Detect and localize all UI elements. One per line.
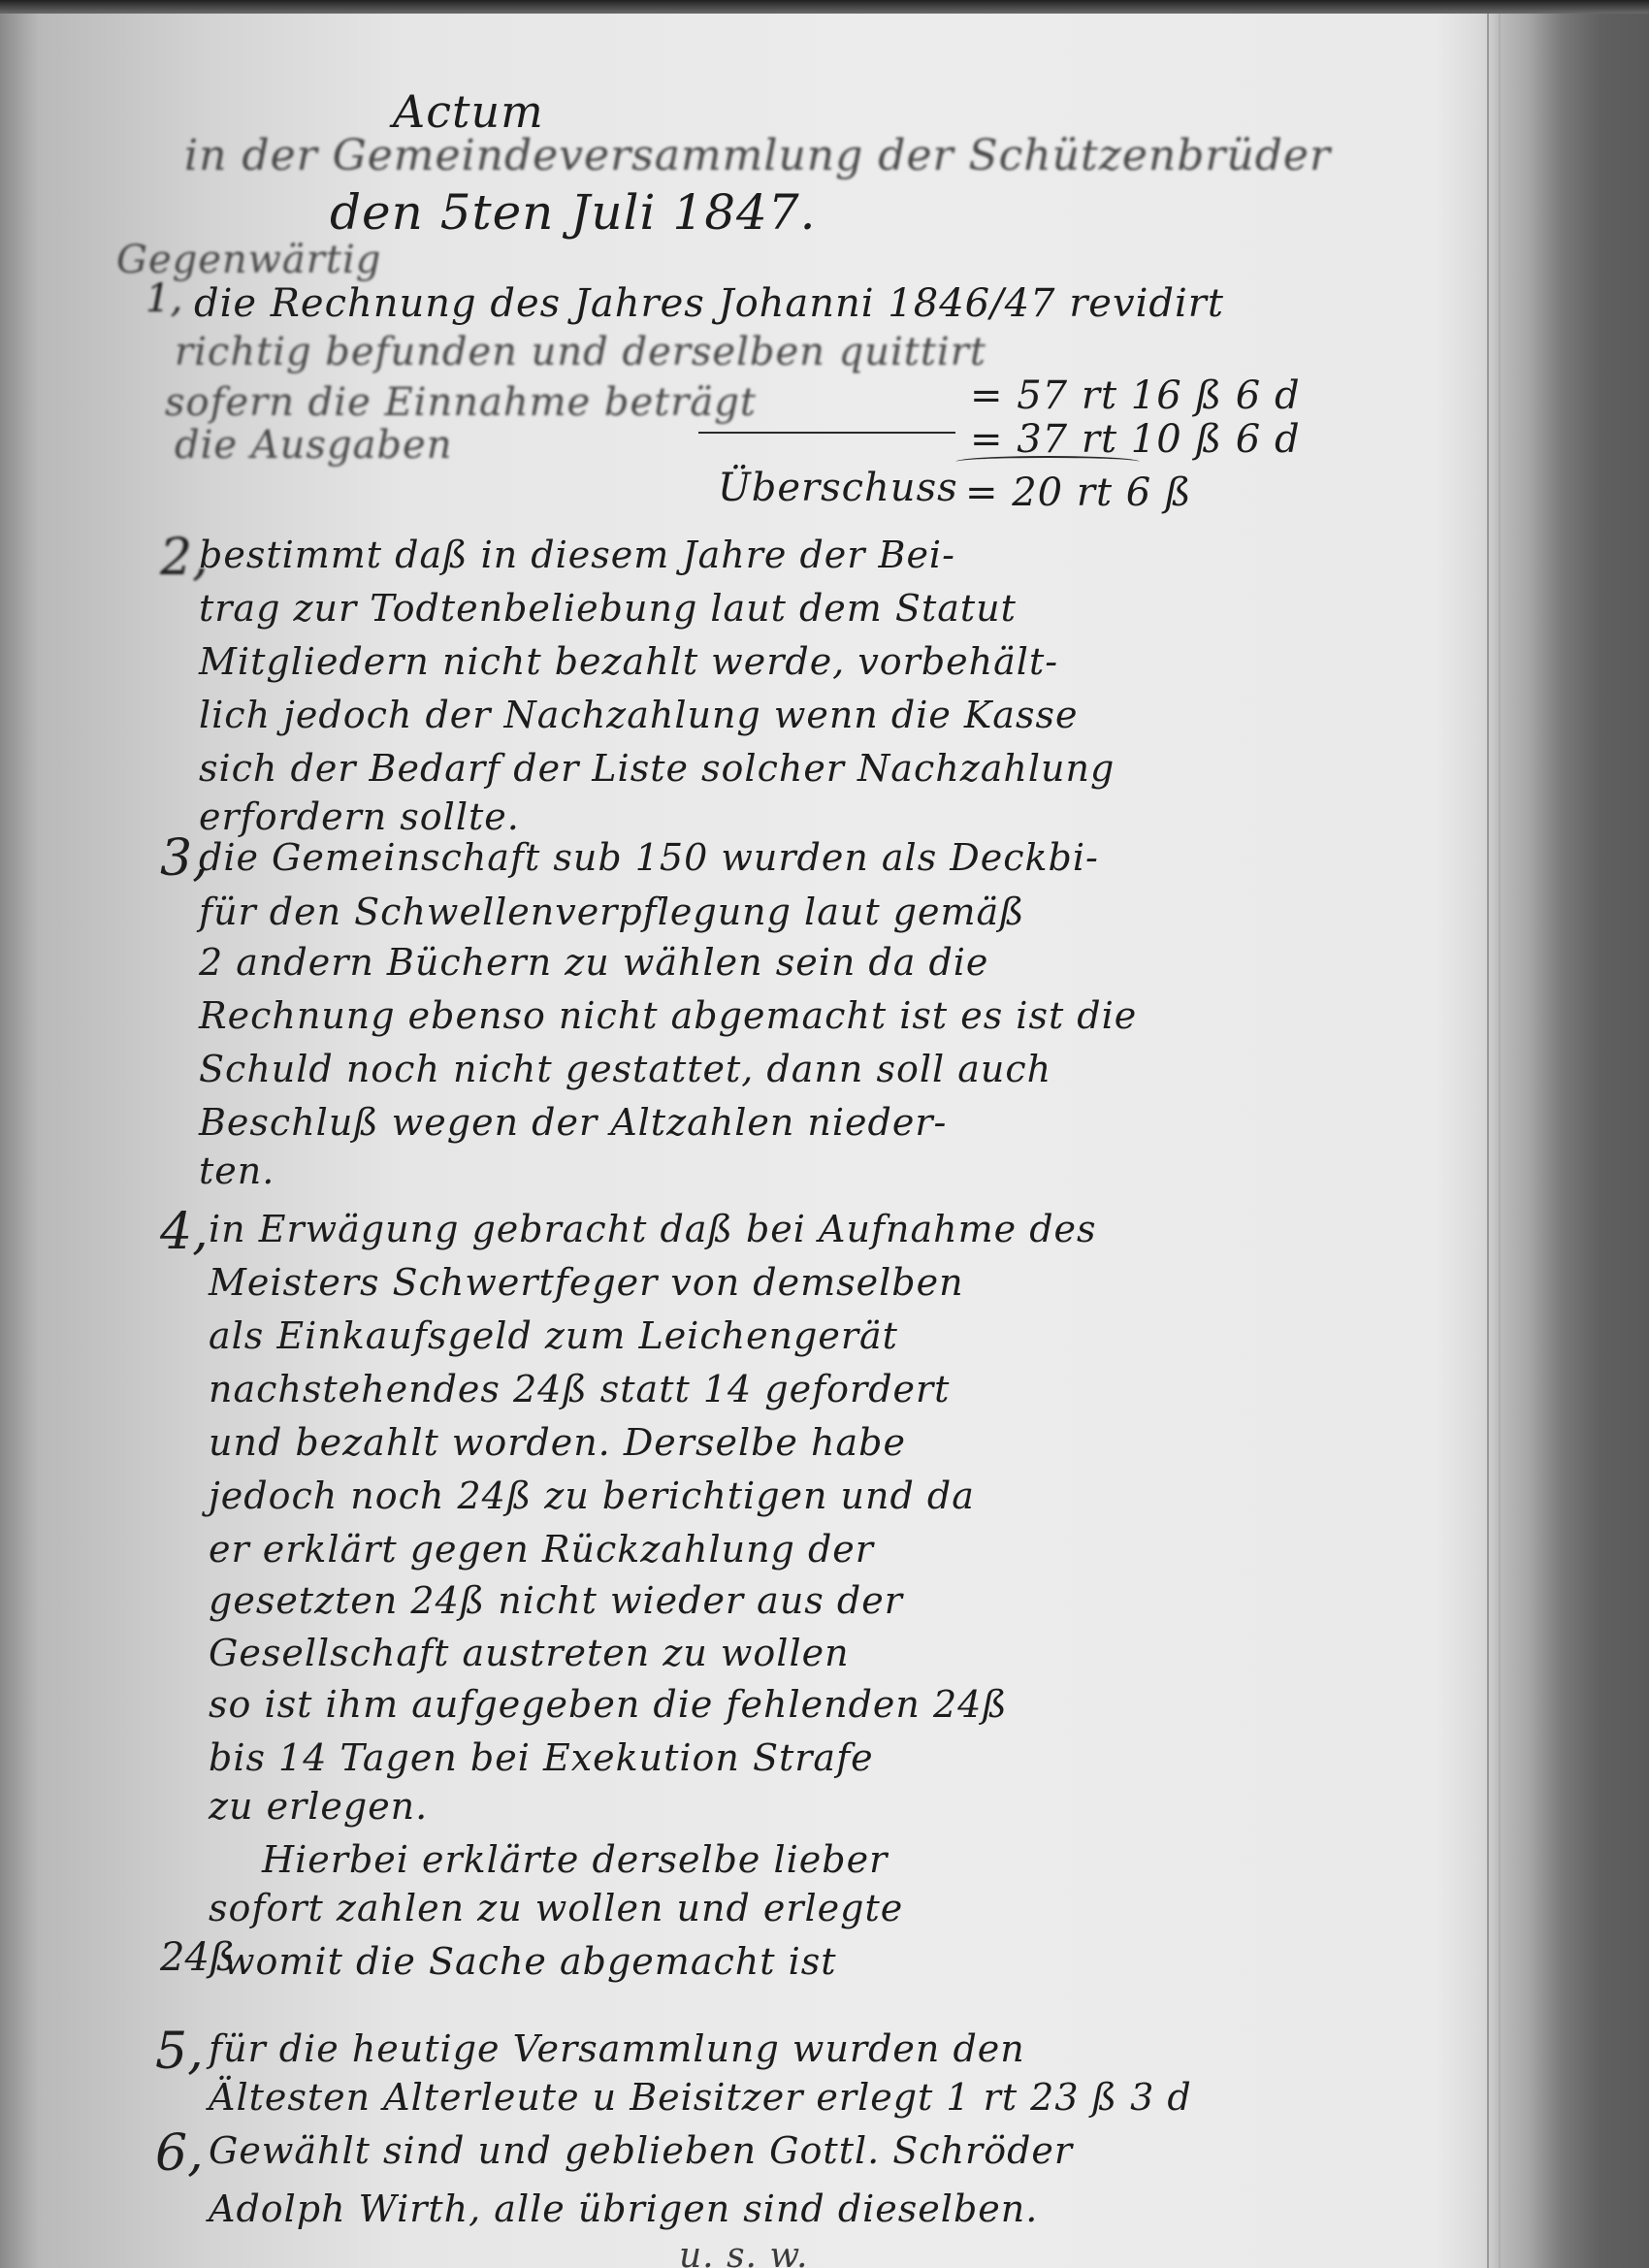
footer-fragment: u. s. w. [679, 2236, 808, 2268]
surplus-label: Überschuss [718, 466, 958, 510]
item-line: jedoch noch 24ß zu berichtigen und da [209, 1474, 975, 1517]
item-line: in Erwägung gebracht daß bei Aufnahme de… [209, 1208, 1097, 1250]
page-edge-line [1487, 14, 1489, 2268]
sum-rule [698, 432, 955, 434]
item-number: 5, [155, 2023, 204, 2081]
heading-subtitle: in der Gemeindeversammlung der Schützenb… [184, 131, 1331, 180]
item-number: 4, [160, 1203, 209, 1261]
item-line: für den Schwellenverpflegung laut gemäß [199, 891, 1025, 933]
item-line: Gewählt sind und geblieben Gottl. Schröd… [209, 2129, 1073, 2172]
item-line: Schuld noch nicht gestattet, dann soll a… [199, 1048, 1051, 1090]
item-line: die Rechnung des Jahres Johanni 1846/47 … [194, 281, 1224, 326]
item-line: erfordern sollte. [199, 795, 520, 838]
item-line: Rechnung ebenso nicht abgemacht ist es i… [199, 994, 1137, 1037]
item-line: sich der Bedarf der Liste solcher Nachza… [199, 747, 1115, 790]
item-line: so ist ihm aufgegeben die fehlenden 24ß [209, 1683, 1008, 1726]
item-line: und bezahlt worden. Derselbe habe [209, 1421, 906, 1464]
item-line: lich jedoch der Nachzahlung wenn die Kas… [199, 694, 1078, 736]
item-line: Gesellschaft austreten zu wollen [209, 1632, 850, 1674]
item-line: zu erlegen. [209, 1785, 428, 1828]
item-line: Meisters Schwertfeger von demselben [209, 1261, 964, 1304]
item-line: er erklärt gegen Rückzahlung der [209, 1528, 874, 1571]
item-line: gesetzten 24ß nicht wieder aus der [209, 1579, 903, 1622]
item-line: die Ausgaben [175, 423, 452, 468]
item-line: nachstehendes 24ß statt 14 gefordert [209, 1368, 950, 1410]
page-top-edge [0, 0, 1649, 14]
item-line: als Einkaufsgeld zum Leichengerät [209, 1314, 898, 1357]
item-line: trag zur Todtenbeliebung laut dem Statut [199, 587, 1017, 630]
item-line: bis 14 Tagen bei Exekution Strafe [209, 1736, 874, 1779]
item-line: die Gemeinschaft sub 150 wurden als Deck… [199, 836, 1099, 879]
item-line: richtig befunden und derselben quittirt [175, 330, 986, 374]
item-line: Ältesten Alterleute u Beisitzer erlegt 1… [209, 2076, 1192, 2119]
item-line: bestimmt daß in diesem Jahre der Bei- [199, 534, 955, 576]
item-line: 2 andern Büchern zu wählen sein da die [199, 941, 988, 984]
item-line: Mitgliedern nicht bezahlt werde, vorbehä… [199, 640, 1058, 683]
item-line: Beschluß wegen der Altzahlen nieder- [199, 1101, 947, 1144]
item-line: sofern die Einnahme beträgt [165, 380, 757, 425]
expenses-amount: = 37 rt 10 ß 6 d [970, 417, 1301, 462]
item-line: sofort zahlen zu wollen und erlegte [209, 1887, 903, 1929]
page-edge-line [1499, 14, 1501, 2268]
item-number: 6, [155, 2124, 204, 2183]
item-number: 1, [145, 276, 182, 321]
surplus-amount: = 20 rt 6 ß [965, 470, 1192, 515]
income-amount: = 57 rt 16 ß 6 d [970, 373, 1301, 418]
item-line: Adolph Wirth, alle übrigen sind dieselbe… [209, 2187, 1038, 2230]
heading-date: den 5ten Juli 1847. [330, 184, 817, 241]
item-line: Hierbei erklärte derselbe lieber [262, 1838, 888, 1881]
item-line: womit die Sache abgemacht ist [223, 1940, 837, 1983]
sum-brace [955, 456, 1140, 468]
item-line: für die heutige Versammlung wurden den [209, 2027, 1025, 2070]
heading-title: Actum [393, 85, 544, 138]
item-line: ten. [199, 1150, 275, 1192]
